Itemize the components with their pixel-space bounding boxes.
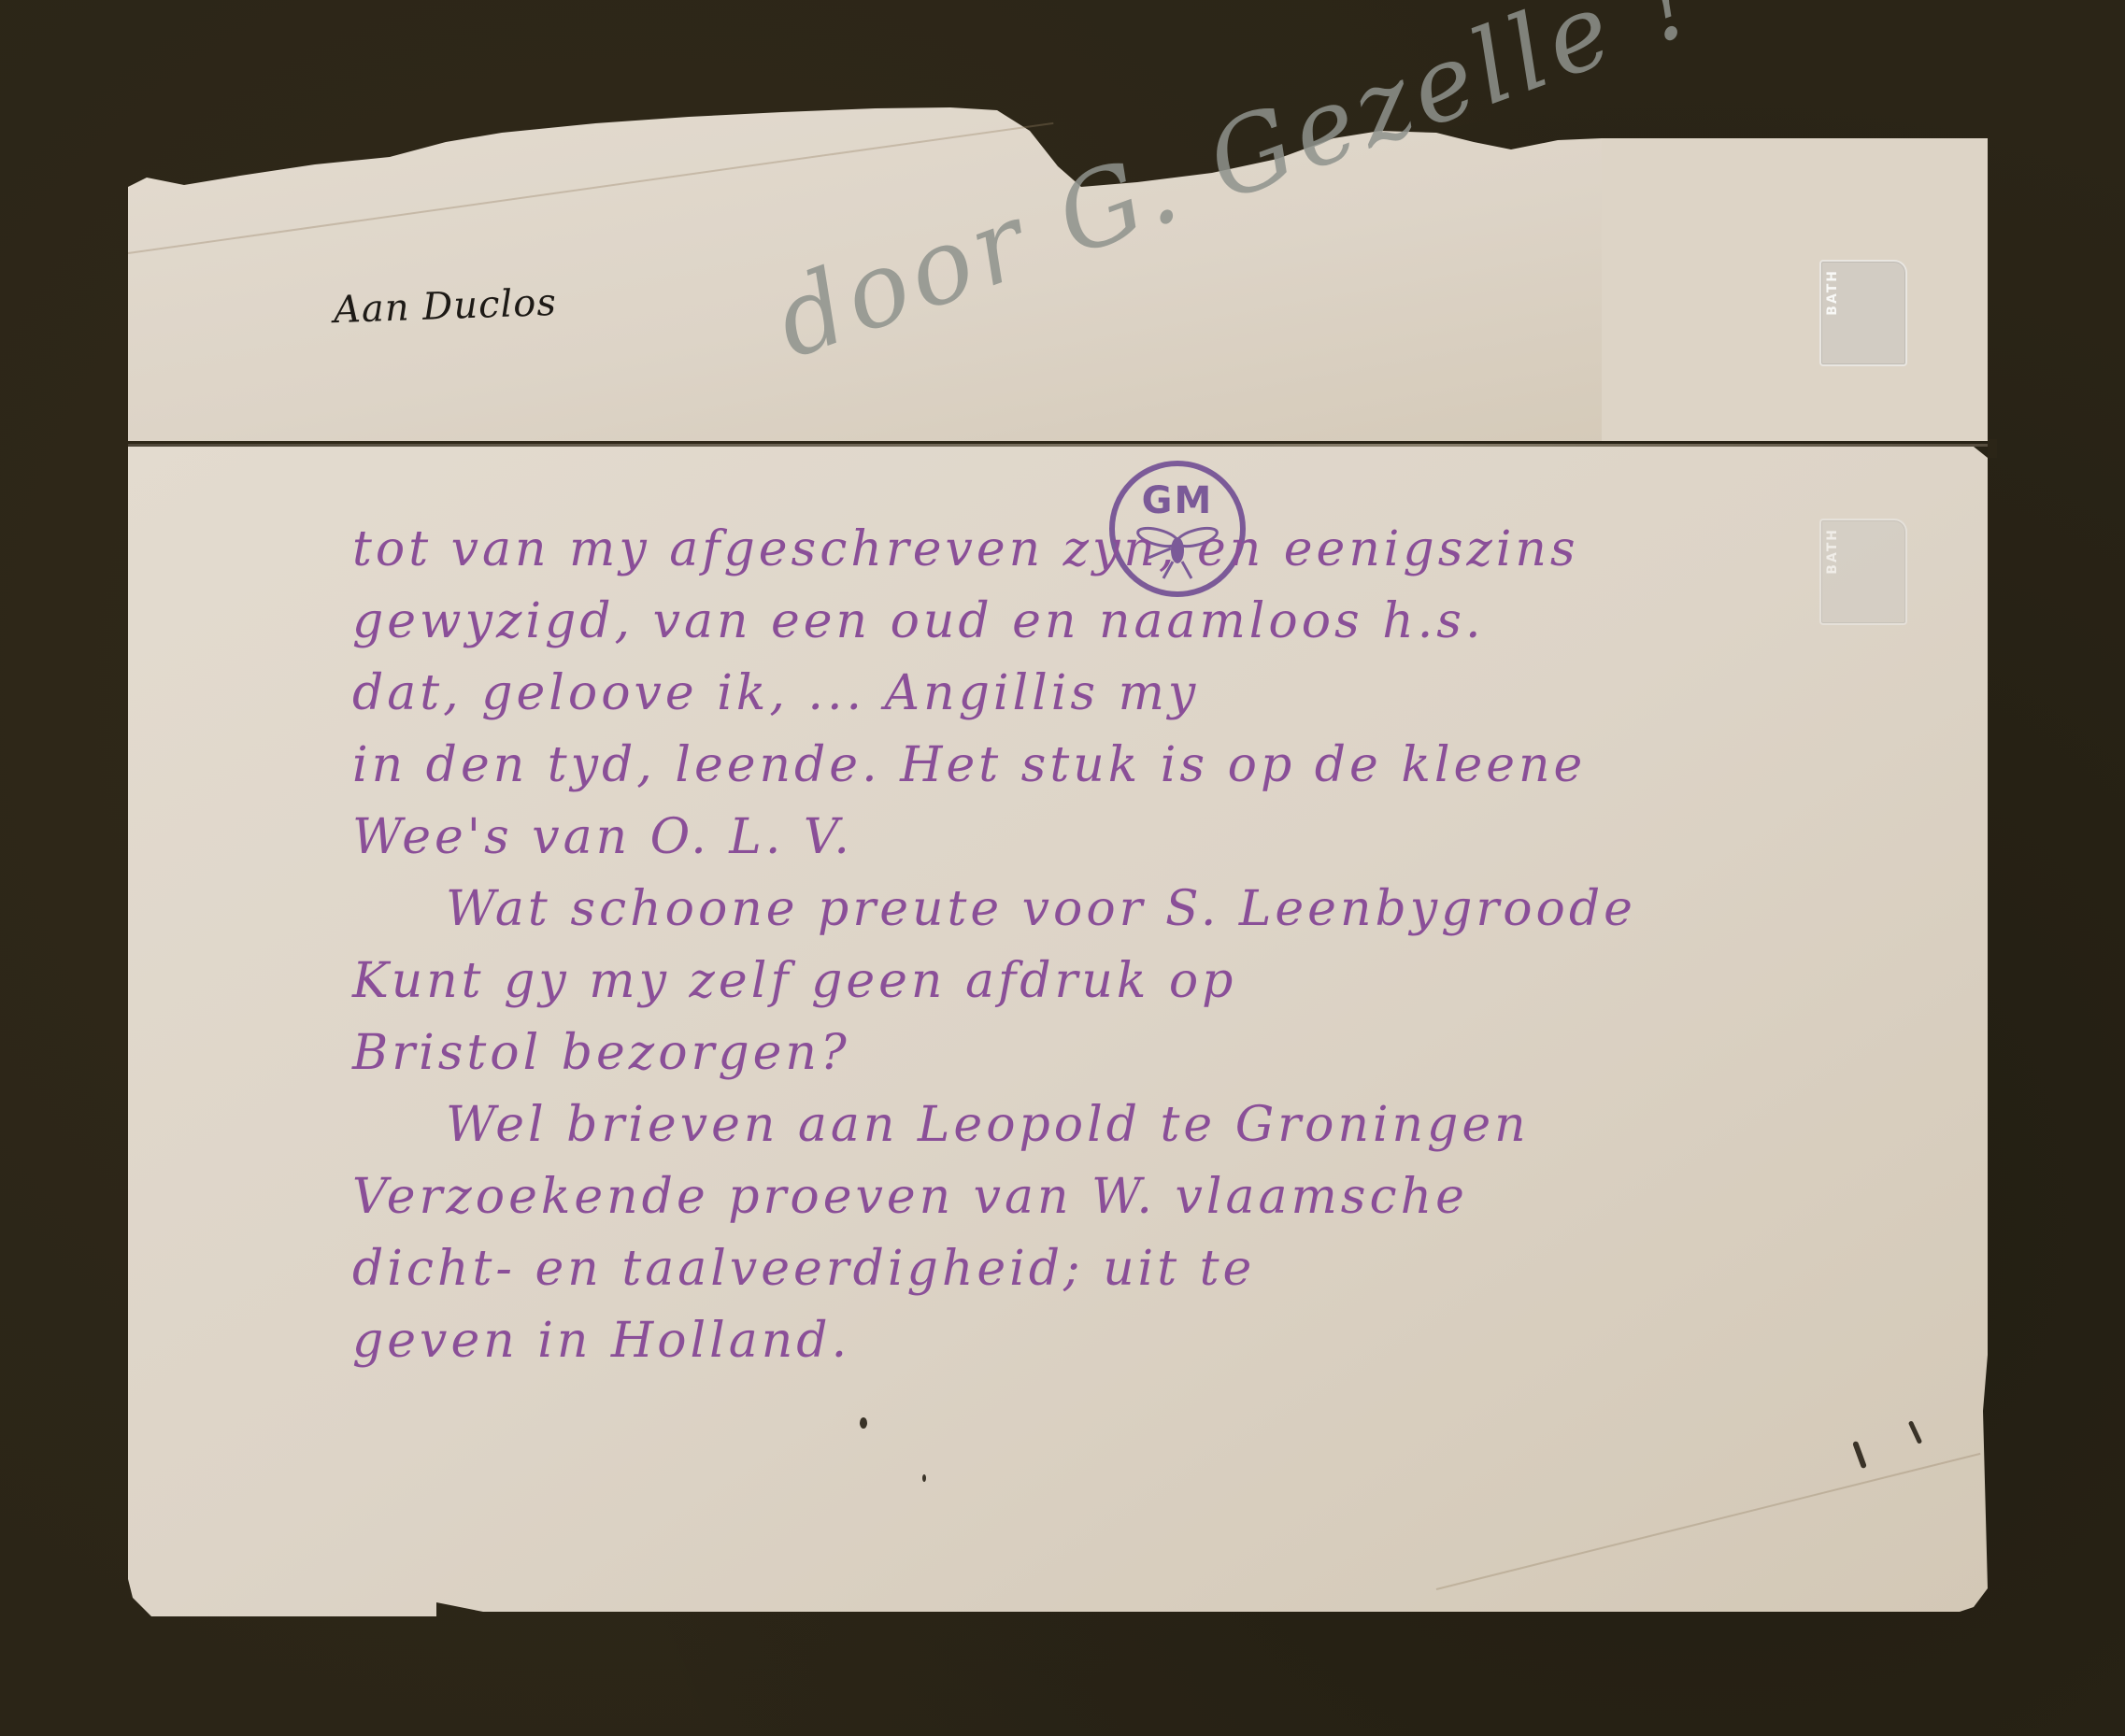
letter-body: tot van my afgeschreven zyn, en eenigszi… <box>352 514 1978 1377</box>
letter-line: in den tyd, leende. Het stuk is op de kl… <box>352 730 1978 802</box>
letter-sheet: Aan Duclos door G. Gezelle ! BATH BATH G… <box>128 103 1997 1621</box>
emboss-text: BATH <box>1825 269 1840 316</box>
letter-line: dicht- en taalveerdigheid; uit te <box>352 1233 1978 1305</box>
fold-line <box>128 444 1988 447</box>
letter-line: Wat schoone preute voor S. Leenbygroode <box>352 874 1978 946</box>
letter-line: gewyzigd, van een oud en naamloos h.s. <box>352 586 1978 658</box>
letter-line: Wee's van O. L. V. <box>352 802 1978 874</box>
letter-line: tot van my afgeschreven zyn, en eenigszi… <box>352 514 1978 586</box>
letter-line: Verzoekende proeven van W. vlaamsche <box>352 1161 1978 1233</box>
letter-line: Kunt gy my zelf geen afdruk op <box>352 946 1978 1017</box>
letter-line: dat, geloove ik, ... Angillis my <box>352 658 1978 730</box>
embossed-mark-top: BATH <box>1819 260 1907 366</box>
letter-line: geven in Holland. <box>352 1305 1978 1377</box>
letter-line: Bristol bezorgen? <box>352 1017 1978 1089</box>
address-line: Aan Duclos <box>333 281 557 332</box>
letter-line: Wel brieven aan Leopold te Groningen <box>352 1089 1978 1161</box>
